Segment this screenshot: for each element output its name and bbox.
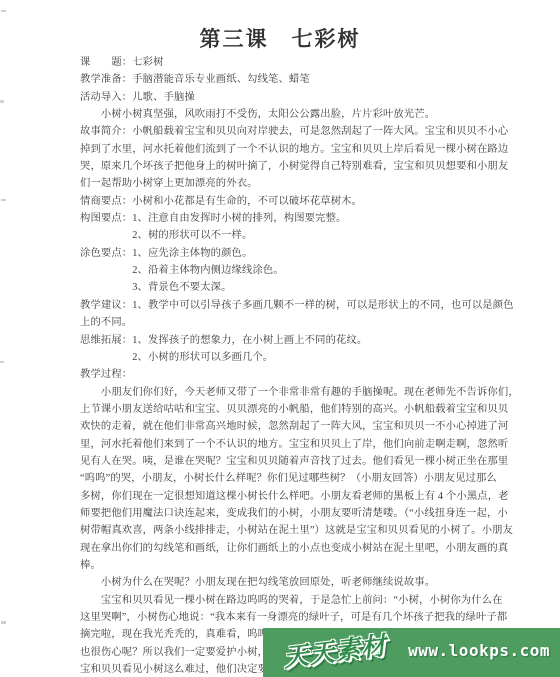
text-line: 师要把他们用魔法口诀连起来，变成我们的小树，小朋友要听清楚喽。（“小线扭身连一起… [80, 505, 515, 522]
text-line: 掉到了水里，河水托着他们流到了一个不认识的地方。宝宝和贝贝上岸后看见一棵小树在路… [80, 141, 515, 158]
text-line: 故事简介：小帆船载着宝宝和贝贝向对岸驶去，可是忽然刮起了一阵大风。宝宝和贝贝不小… [80, 123, 515, 140]
text-line: 们一起帮助小树穿上更加漂亮的外衣。 [80, 175, 515, 192]
text-line: 哭，原来几个坏孩子把他身上的树叶摘了，小树觉得自己特别难看，宝宝和贝贝想要和小朋… [80, 158, 515, 175]
text-line: 思维拓展：1、发挥孩子的想象力，在小树上画上不同的花纹。 [80, 332, 515, 349]
text-line: 教学准备：手脑潜能音乐专业画纸、勾线笔、蜡笔 [80, 71, 515, 88]
text-line: 教学过程： [80, 366, 515, 383]
text-line: 树带帽真欢喜，两条小线排排走，小树站在泥土里”）这就是宝宝和贝贝看见的小树了。小… [80, 522, 515, 539]
text-line: 课 题：七彩树 [80, 54, 515, 71]
text-line: 活动导入：儿歌、手脑操 [80, 89, 515, 106]
text-line: “呜呜”的哭，小朋友，小树长什么样呢？你们见过哪些树？（小朋友回答）小朋友见过那… [80, 470, 515, 487]
text-line: 2、树的形状可以不一样。 [80, 227, 515, 244]
watermark-banner: 天天素材 www.lookps.com [263, 628, 560, 677]
document-body: 课 题：七彩树教学准备：手脑潜能音乐专业画纸、勾线笔、蜡笔活动导入：儿歌、手脑操… [80, 54, 515, 677]
text-line: 宝宝和贝贝看见一棵小树在路边呜呜的哭着，于是急忙上前问：“小树，小树你为什么在 [80, 592, 515, 609]
text-line: 2、沿着主体物内侧边缘线涂色。 [80, 262, 515, 279]
scan-artifact [0, 361, 4, 363]
text-line: 2、小树的形状可以多画几个。 [80, 349, 515, 366]
scan-artifact [0, 100, 4, 103]
text-line: 小树小树真坚强，风吹雨打不受伤，太阳公公露出脸，片片彩叶放光芒。 [80, 106, 515, 123]
page-title: 第三课 七彩树 [0, 23, 560, 53]
text-line: 构图要点：1、注意自由发挥时小树的排列，构图要完整。 [80, 210, 515, 227]
document-page: 第三课 七彩树 课 题：七彩树教学准备：手脑潜能音乐专业画纸、勾线笔、蜡笔活动导… [0, 0, 560, 677]
text-line: 情商要点：小树和小花都是有生命的，不可以破坏花草树木。 [80, 193, 515, 210]
text-line: 3、背景色不要太深。 [80, 279, 515, 296]
watermark-url: www.lookps.com [408, 641, 550, 660]
watermark-logo: 天天素材 [281, 628, 389, 674]
scan-artifact [1, 621, 6, 624]
text-line: 教学建议：1、教学中可以引导孩子多画几颗不一样的树，可以是形状上的不同，也可以是… [80, 297, 515, 314]
text-line: 现在拿出你们的勾线笔和画纸，让你们画纸上的小点也变成小树站在泥土里吧，小朋友画的… [80, 540, 515, 557]
text-line: 棒。 [80, 557, 515, 574]
text-line: 这里哭啊”，小树伤心地说：“我本来有一身漂亮的绿叶子，可是有几个坏孩子把我的绿叶… [80, 609, 515, 626]
text-line: 里，河水托着他们来到了一个不认识的地方。宝宝和贝贝上了岸，他们向前走啊走啊，忽然… [80, 436, 515, 453]
text-line: 涂色要点：1、应先涂主体物的颜色。 [80, 245, 515, 262]
text-line: 多树，你们现在一定很想知道这棵小树长什么样吧。小朋友看老师的黑板上有 4 个小黑… [80, 488, 515, 505]
text-line: 见有人在哭。咦，是谁在哭呢？宝宝和贝贝随着声音找了过去。他们看见一棵小树正坐在那… [80, 453, 515, 470]
text-line: 欢快的走着，就在他们非常高兴地时候，忽然刮起了一阵大风，宝宝和贝贝一不小心掉进了… [80, 418, 515, 435]
text-line: 小朋友们你们好，今天老师又带了一个非常非常有趣的手脑操呢。现在老师先不告诉你们， [80, 384, 515, 401]
text-line: 上的不同。 [80, 314, 515, 331]
text-line: 小树为什么在哭呢？小朋友现在把勾线笔放回原处，听老师继续说故事。 [80, 574, 515, 591]
scan-artifact [1, 10, 6, 12]
text-line: 上节课小朋友送给咕咕和宝宝、贝贝漂亮的小帆船，他们特别的高兴。小帆船载着宝宝和贝… [80, 401, 515, 418]
scan-artifact [1, 199, 6, 201]
